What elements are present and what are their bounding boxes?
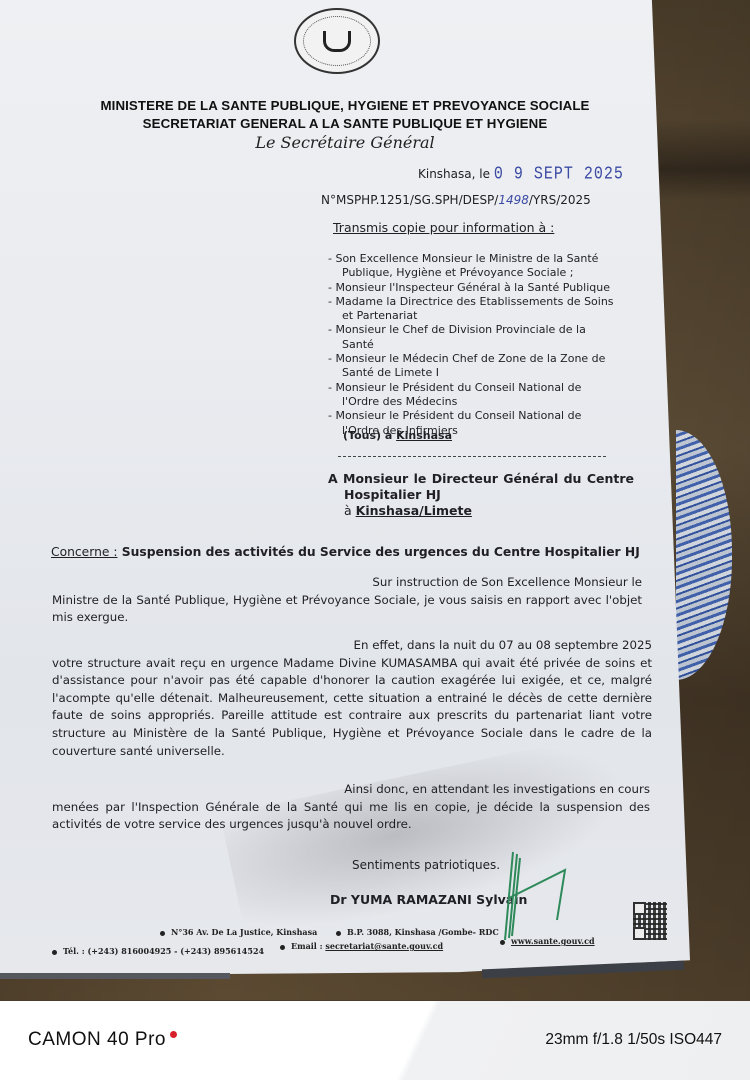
- reference-number: N°MSPHP.1251/SG.SPH/DESP/1498/YRS/2025: [321, 193, 591, 207]
- subject-text: Suspension des activités du Service des …: [117, 545, 639, 559]
- dashed-divider: [338, 456, 606, 457]
- addressee-line-2: Hospitalier HJ: [328, 487, 634, 503]
- addressee-word: A: [328, 471, 338, 487]
- footer-rule-left: [0, 973, 230, 979]
- list-item: Monsieur le Président du Conseil Nationa…: [328, 381, 618, 410]
- paragraph-text: menées par l'Inspection Générale de la S…: [52, 800, 650, 832]
- subject-label: Concerne :: [51, 545, 117, 559]
- secretariat-heading: SECRETARIAT GENERAL A LA SANTE PUBLIQUE …: [60, 116, 630, 131]
- footer-po-box-text: B.P. 3088, Kinshasa /Gombe- RDC: [347, 927, 499, 937]
- copies-closing-city: Kinshasa: [396, 429, 452, 442]
- copies-closing-prefix: (Tous) à: [343, 429, 396, 442]
- red-dot-icon: [170, 1031, 177, 1038]
- bullet-icon: [160, 931, 165, 936]
- bullet-icon: [280, 945, 285, 950]
- government-seal-icon: [294, 8, 380, 74]
- official-letter: MINISTERE DE LA SANTE PUBLIQUE, HYGIENE …: [0, 0, 750, 1080]
- list-item: Son Excellence Monsieur le Ministre de l…: [328, 252, 618, 281]
- subject-line: Concerne : Suspension des activités du S…: [51, 545, 640, 559]
- footer-website: www.sante.gouv.cd: [500, 936, 595, 946]
- footer-website-text: www.sante.gouv.cd: [511, 936, 595, 946]
- footer-phone-text: Tél. : (+243) 816004925 - (+243) 8956145…: [63, 946, 264, 956]
- reference-suffix: /YRS/2025: [529, 193, 591, 207]
- addressee-word: le: [414, 471, 427, 487]
- body-paragraph-2: En effet, dans la nuit du 07 au 08 septe…: [52, 637, 652, 760]
- paragraph-text: Ministre de la Santé Publique, Hygiène e…: [52, 593, 642, 625]
- list-item: Madame la Directrice des Etablissements …: [328, 295, 618, 324]
- reference-handwritten: 1498: [498, 193, 529, 207]
- paragraph-text: votre structure avait reçu en urgence Ma…: [52, 656, 652, 758]
- qr-code-icon: [633, 902, 667, 940]
- body-paragraph-1: Sur instruction de Son Excellence Monsie…: [52, 574, 642, 627]
- addressee-city: à Kinshasa/Limete: [328, 503, 634, 519]
- ministry-heading: MINISTERE DE LA SANTE PUBLIQUE, HYGIENE …: [60, 98, 630, 113]
- paragraph-lead: Sur instruction de Son Excellence Monsie…: [52, 574, 642, 592]
- footer-email-text: secretariat@sante.gouv.cd: [325, 941, 443, 951]
- office-title: Le Secrétaire Général: [60, 133, 630, 152]
- addressee-city-name: Kinshasa/Limete: [356, 503, 472, 518]
- list-item: Monsieur le Médecin Chef de Zone de la Z…: [328, 352, 618, 381]
- addressee-word: Monsieur: [343, 471, 408, 487]
- paragraph-lead: Ainsi donc, en attendant les investigati…: [52, 781, 650, 799]
- addressee-word: du: [564, 471, 582, 487]
- footer-po-box: B.P. 3088, Kinshasa /Gombe- RDC: [336, 927, 499, 937]
- list-item: Monsieur l'Inspecteur Général à la Santé…: [328, 281, 618, 295]
- copies-list: Son Excellence Monsieur le Ministre de l…: [328, 252, 618, 438]
- list-item: Monsieur le Chef de Division Provinciale…: [328, 323, 618, 352]
- footer-rule-right: [482, 961, 684, 979]
- footer-address-text: N°36 Av. De La Justice, Kinshasa: [171, 927, 317, 937]
- reference-prefix: N°MSPHP.1251/SG.SPH/DESP/: [321, 193, 498, 207]
- paragraph-lead: En effet, dans la nuit du 07 au 08 septe…: [52, 637, 652, 655]
- camera-model-text: CAMON 40 Pro: [28, 1029, 166, 1050]
- date-stamp: 0 9 SEPT 2025: [494, 164, 624, 184]
- addressee-word: Directeur: [432, 471, 498, 487]
- footer-address: N°36 Av. De La Justice, Kinshasa: [160, 927, 317, 937]
- addressee-word: Centre: [587, 471, 634, 487]
- copies-heading: Transmis copie pour information à :: [333, 220, 554, 235]
- copies-closing: (Tous) à Kinshasa: [343, 429, 452, 442]
- addressee-city-prefix: à: [344, 503, 356, 518]
- footer-phone: Tél. : (+243) 816004925 - (+243) 8956145…: [52, 946, 264, 956]
- body-paragraph-3: Ainsi donc, en attendant les investigati…: [52, 781, 650, 834]
- place-prefix: Kinshasa, le: [418, 167, 490, 181]
- addressee-block: A Monsieur le Directeur Général du Centr…: [328, 471, 634, 519]
- camera-model: CAMON 40 Pro: [28, 1029, 177, 1051]
- bullet-icon: [52, 950, 57, 955]
- date-line: Kinshasa, le 0 9 SEPT 2025: [418, 166, 624, 183]
- addressee-line-1: A Monsieur le Directeur Général du Centr…: [328, 471, 634, 487]
- footer-email: Email : secretariat@sante.gouv.cd: [280, 941, 443, 951]
- bullet-icon: [500, 940, 505, 945]
- coat-of-arms-icon: [323, 31, 351, 52]
- addressee-word: Général: [503, 471, 558, 487]
- camera-watermark-bar: CAMON 40 Pro 23mm f/1.8 1/50s ISO447: [0, 1001, 750, 1080]
- footer-email-label: Email :: [291, 941, 325, 951]
- camera-settings: 23mm f/1.8 1/50s ISO447: [545, 1031, 722, 1049]
- bullet-icon: [336, 931, 341, 936]
